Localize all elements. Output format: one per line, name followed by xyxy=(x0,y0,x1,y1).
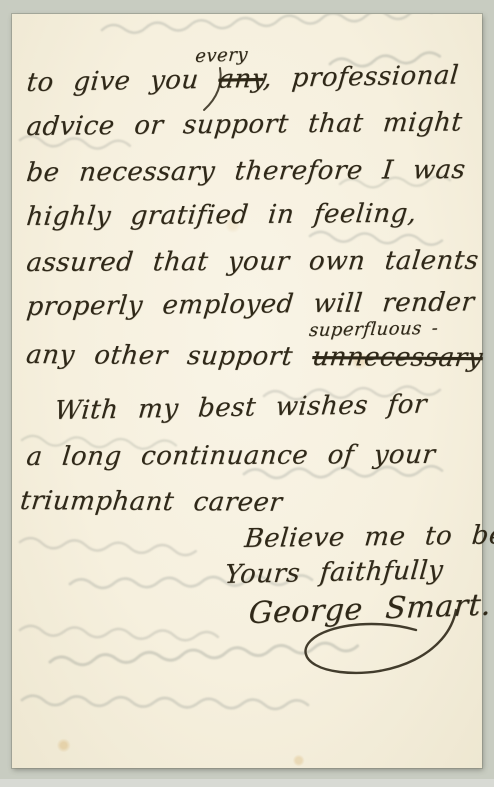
line7-text-pre: any other support xyxy=(25,340,314,372)
struck-word-any: any xyxy=(217,64,265,95)
letter-line-3: be necessary therefore I was xyxy=(25,155,467,188)
letter-page: every to give you any, professional advi… xyxy=(12,14,482,768)
letter-line-5: assured that your own talents xyxy=(25,246,480,278)
closing-line-yours-faithfully: Yours faithfully xyxy=(223,555,444,590)
letter-line-4: highly gratified in feeling, xyxy=(25,199,418,232)
letter-line-6: properly employed will render xyxy=(25,287,476,322)
closing-line-believe: Believe me to be xyxy=(243,520,494,554)
signature-george-smart: George Smart. xyxy=(248,588,493,632)
letter-line-8: With my best wishes for xyxy=(53,390,428,427)
letter-line-10: triumphant career xyxy=(19,486,284,518)
letter-line-7: any other support unnecessary xyxy=(25,340,485,373)
line1-text-post: , professional xyxy=(262,60,460,93)
line1-text-pre: to give you xyxy=(25,65,219,98)
mount-bottom-strip xyxy=(0,779,494,787)
struck-word-unnecessary: unnecessary xyxy=(311,342,485,373)
letter-line-1: to give you any, professional xyxy=(25,60,460,98)
inserted-word-superfluous: superfluous - xyxy=(308,318,439,341)
letter-line-2: advice or support that might xyxy=(25,107,464,142)
letter-line-9: a long continuance of your xyxy=(25,440,437,472)
